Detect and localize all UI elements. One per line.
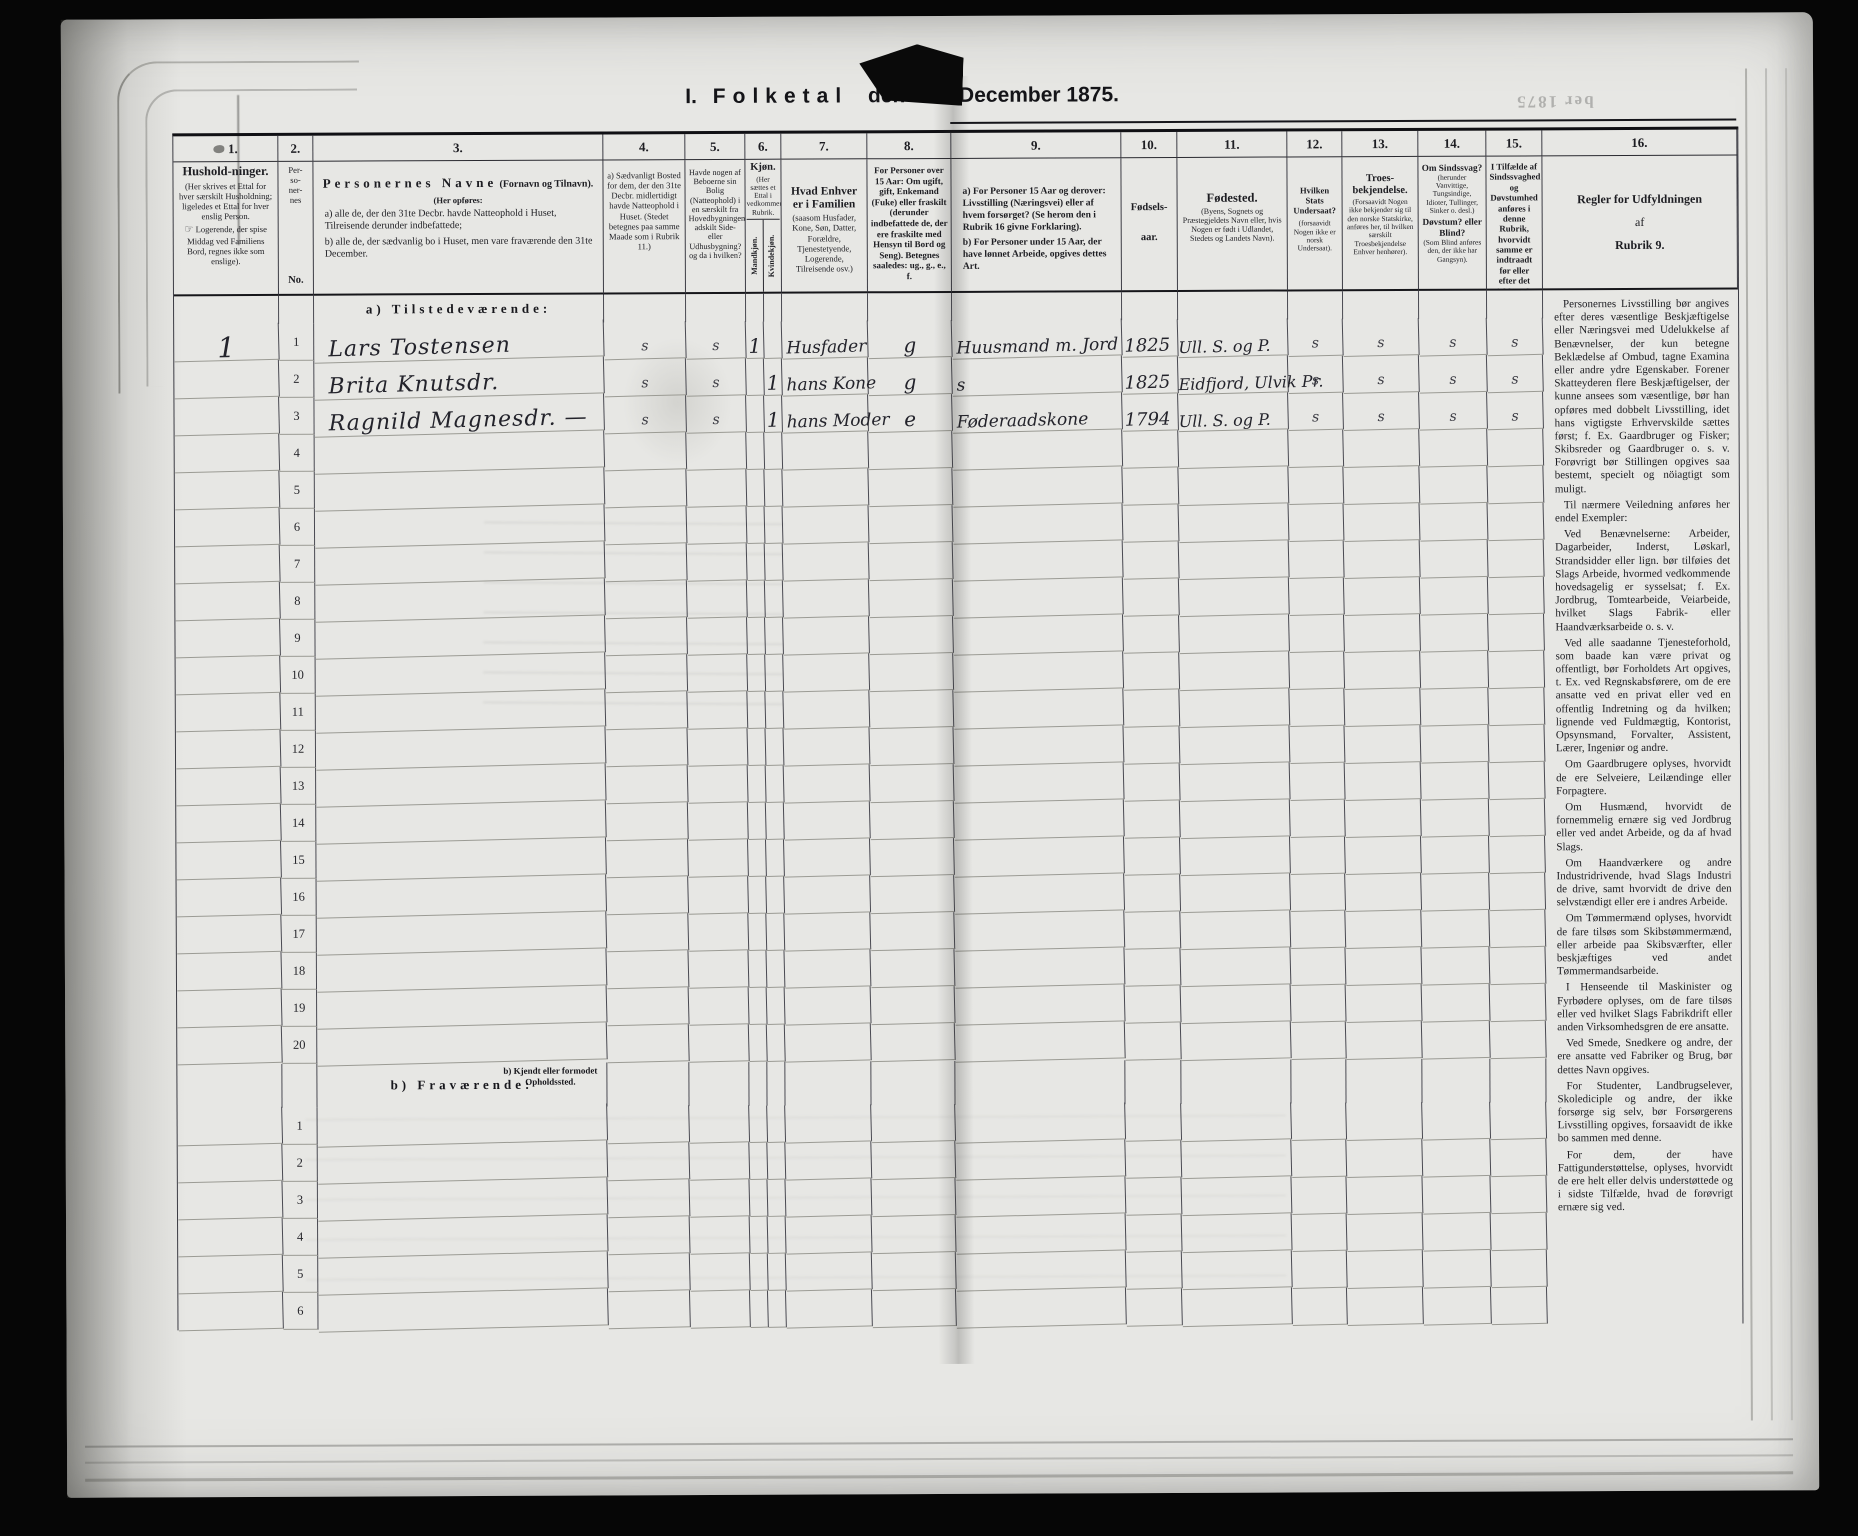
cell-b2-household [177,1144,283,1184]
cell-a19-col4 [607,987,690,1026]
cell-b6-col4 [608,1290,691,1329]
cell-b1-col15 [1490,1102,1547,1140]
cell-b2-col4 [607,1142,690,1181]
section-b-cell-birth_year [1125,1060,1181,1104]
cell-a10-col5 [687,654,748,693]
cell-a8-occupation [953,577,1124,618]
cell-a13-col15 [1489,762,1546,800]
section-a-heading: a) Tilstedeværende: [366,301,551,318]
cell-a13-no: 13 [281,768,316,805]
section-b-note: b) Kjendt eller formodet Opholdssted. [500,1065,600,1087]
col-10-number: 10. [1121,132,1177,158]
pointing-hand-icon: ☞ [184,225,193,236]
section-a-cell-family [782,293,868,321]
cell-a4-female [764,433,783,470]
cell-a15-occupation [954,836,1125,877]
cell-a8-col12 [1289,578,1345,616]
cell-a3-col13: s [1343,392,1420,431]
cell-b6-family [786,1289,873,1328]
col-number-label: 1. [228,141,238,157]
cell-a5-household [174,471,280,511]
cell-a5-birthplace [1178,466,1289,506]
col-6-title: Kjøn. [746,162,779,174]
col-5-number: 5. [685,134,745,160]
cell-b5-col14 [1423,1250,1492,1289]
col-12-note: (forsaavidt Nogen ikke er norsk Undersaa… [1291,220,1339,253]
cell-a15-col13 [1345,836,1422,875]
cell-a20-no: 20 [282,1027,317,1064]
cell-a15-no: 15 [281,842,316,879]
cell-a16-col15 [1489,873,1546,911]
cell-a11-household [175,693,281,733]
cell-a17-family [784,912,871,951]
cell-a12-male [747,729,766,766]
cell-a17-col13 [1345,910,1422,949]
cell-a4-col4 [604,432,687,471]
col-14-header: Om Sindssvag? (herunder Vanvittige, Tung… [1418,157,1487,291]
cell-b3-col5 [689,1179,750,1218]
cell-a10-col4 [605,654,688,693]
cell-a2-col15: s [1487,355,1544,393]
cell-a5-occupation [952,466,1123,507]
cell-b3-col12 [1291,1177,1347,1215]
cell-a2-col12: s [1288,356,1344,394]
cell-b2-col5 [689,1142,750,1181]
cell-a12-col5 [688,728,749,767]
cell-b4-occupation [956,1213,1127,1254]
cell-a1-family: Husfader [782,320,869,359]
cell-a2-male [746,359,765,396]
cell-a5-col4 [604,469,687,508]
cell-a7-col13 [1344,540,1421,579]
cell-a20-col4 [607,1024,690,1063]
cell-a1-col12: s [1288,319,1344,357]
cell-a15-birthplace [1180,836,1291,876]
cell-b2-col12 [1291,1140,1347,1178]
cell-b1-birthplace [1181,1102,1292,1142]
cell-b5-household [178,1255,284,1295]
cell-a16-col5 [688,876,749,915]
cell-b4-col5 [690,1216,751,1255]
col-13-number: 13. [1342,131,1418,157]
col-11-note: (Byens, Sognets og Præstegjeldets Navn e… [1181,207,1284,243]
cell-a6-occupation [953,503,1124,544]
col-1-note: (Her skrives et Ettal for hver særskilt … [176,181,274,222]
cell-a9-female [765,617,784,654]
cell-b4-birth_year [1126,1214,1183,1252]
cell-a14-household [176,804,282,844]
cell-b6-birth_year [1126,1288,1183,1326]
cell-a5-family [782,468,869,507]
cell-a2-household [174,360,280,400]
col-16-line2: af [1635,215,1644,229]
cell-a8-col14 [1420,577,1489,616]
cell-a14-male [748,803,767,840]
col-16-line1: Regler for Udfyldningen [1577,191,1702,206]
cell-a11-col12 [1289,689,1345,727]
cell-b6-female [768,1290,787,1327]
cell-a19-col14 [1422,984,1491,1023]
section-a-cell-household [174,296,279,324]
cell-a16-male [748,877,767,914]
cell-a14-col4 [606,802,689,841]
cell-a18-col13 [1345,947,1422,986]
cell-a19-col15 [1490,984,1547,1022]
cell-a12-col15 [1488,725,1545,763]
cell-a9-no: 9 [280,620,315,657]
cell-b4-birthplace [1182,1213,1293,1253]
cell-a16-birth_year [1124,874,1181,912]
cell-a13-col12 [1290,763,1346,801]
cell-a10-col15 [1488,651,1545,689]
female-column-label: Kvindekjøn. [767,234,777,277]
cell-b4-col4 [608,1216,691,1255]
cell-a9-family [783,616,870,655]
col-10-header: Fødsels- aar. [1121,158,1178,292]
cell-a12-col14 [1421,725,1490,764]
cell-a2-no: 2 [279,361,314,398]
cell-a11-col13 [1344,688,1421,727]
cell-a20-birth_year [1125,1022,1182,1060]
cell-b1-birth_year [1125,1103,1182,1141]
cell-a5-no: 5 [280,472,315,509]
cell-a6-col4 [605,506,688,545]
cell-b2-birthplace [1181,1139,1292,1179]
instructions-paragraph: Ved Benævnelserne: Arbeider, Dagarbeider… [1555,528,1730,634]
cell-a14-col15 [1489,799,1546,837]
cell-a8-male [747,581,766,618]
cell-a2-col4: s [604,358,687,397]
cell-a11-no: 11 [281,694,316,731]
col-3-number: 3. [313,134,603,161]
cell-a10-col12 [1289,652,1345,690]
col-13-header: Troes-bekjendelse. (Forsaavidt Nogen ikk… [1342,157,1419,291]
cell-a15-female [766,839,785,876]
section-a-cell-col4 [604,294,686,322]
cell-a8-household [175,582,281,622]
cell-a9-occupation [953,614,1124,655]
page-stack-edge-bottom [85,1454,1793,1463]
col-3-sub: (Her opføres: [317,194,600,205]
cell-a4-family [782,431,869,470]
col-3-title-note: (Fornavn og Tilnavn). [499,179,593,190]
cell-a7-birth_year [1123,541,1180,579]
cell-b1-male [749,1106,768,1143]
col-13-title: Troes-bekjendelse. [1345,173,1414,196]
cell-a6-col12 [1289,504,1345,542]
cell-a17-birthplace [1180,910,1291,950]
cell-a16-household [176,878,282,918]
cell-a6-col5 [687,506,748,545]
cell-a13-occupation [954,762,1125,803]
cell-b2-family [785,1141,872,1180]
cell-a7-family [783,542,870,581]
col-1-header: Hushold-ninger. (Her skrives et Ettal fo… [173,162,279,296]
cell-b2-col15 [1490,1139,1547,1177]
cell-a3-birthplace: Ull. S. og P. [1178,392,1289,432]
cell-a14-col14 [1421,799,1490,838]
cell-a11-birth_year [1123,689,1180,727]
col-1-note2: Logerende, der spise Middag ved Familien… [187,224,267,266]
cell-a1-occupation: Huusmand m. Jord [952,318,1123,359]
cell-a1-birth_year: 1825 [1122,319,1179,357]
section-b-cell-no [282,1064,317,1108]
cell-a19-birthplace [1181,984,1292,1024]
cell-b2-female [767,1142,786,1179]
page-stack-edge [1785,68,1793,1420]
instructions-paragraph: Om Gaardbrugere oplyses, hvorvidt de ere… [1556,758,1731,798]
section-b-cell-col14 [1422,1059,1490,1103]
col-6-number: 6. [745,134,781,160]
cell-a16-birthplace [1180,873,1291,913]
page-stack-edge-bottom [85,1471,1793,1481]
cell-b6-col5 [690,1290,751,1329]
cell-a14-no: 14 [281,805,316,842]
cell-a5-col14 [1419,466,1488,505]
cell-a11-birthplace [1179,688,1290,728]
header-double-rule [950,119,1736,124]
cell-a5-female [764,470,783,507]
col-9-header: a) For Personer 15 Aar og derover: Livss… [951,158,1122,293]
cell-a16-family [784,875,871,914]
cell-a7-birthplace [1179,540,1290,580]
cell-a1-col5: s [686,321,747,360]
cell-a12-no: 12 [281,731,316,768]
cell-a14-birth_year [1124,800,1181,838]
cell-a3-col15: s [1487,392,1544,430]
cell-a10-female [765,654,784,691]
cell-b3-male [749,1180,768,1217]
cell-a16-col13 [1345,873,1422,912]
cell-b3-family [785,1178,872,1217]
cell-a13-birthplace [1180,762,1291,802]
cell-b3-col4 [607,1179,690,1218]
cell-a2-col14: s [1419,355,1488,394]
section-b-cell-col4 [607,1062,689,1106]
instructions-paragraph: Om Tømmermænd oplyses, hvorvidt de fare … [1557,912,1732,979]
cell-a15-col4 [606,839,689,878]
cell-a4-col12 [1288,430,1344,468]
cell-a11-col5 [687,691,748,730]
cell-a3-female: 1 [764,396,783,433]
cell-a3-col5: s [686,395,747,434]
cell-b1-family [785,1104,872,1143]
section-b-cell-col13 [1346,1059,1422,1103]
col-3-item-b: b) alle de, der sædvanlig bo i Huset, me… [325,235,594,261]
cell-a1-col15: s [1487,318,1544,356]
cell-a19-male [749,988,768,1025]
instructions-paragraph: I Henseende til Maskinister og Fyrbødere… [1557,981,1732,1035]
cell-b4-family [786,1215,873,1254]
col-7-number: 7. [781,133,867,159]
cell-a10-family [783,653,870,692]
cell-a18-family [784,949,871,988]
cell-a12-family [784,727,871,766]
col-2-header: Per- so- ner- nes No. [278,162,314,296]
cell-a4-col15 [1487,429,1544,467]
cell-a18-birth_year [1124,948,1181,986]
cell-b5-occupation [956,1250,1127,1291]
cell-a3-col14: s [1419,392,1488,431]
instructions-paragraph: Ved Smede, Snedkere og andre, der ere an… [1557,1037,1732,1077]
cell-a2-birth_year: 1825 [1122,356,1179,394]
cell-b5-col13 [1347,1250,1424,1289]
cell-a11-col14 [1420,688,1489,727]
cell-a19-female [767,987,786,1024]
cell-a18-male [748,951,767,988]
cell-a13-col14 [1421,762,1490,801]
section-a-cell-col13 [1343,291,1419,319]
cell-a6-birth_year [1123,504,1180,542]
col-11-header: Fødested. (Byens, Sognets og Præstegjeld… [1177,157,1288,291]
cell-a20-col15 [1490,1021,1547,1059]
page-fold-shadow [933,76,975,1364]
cell-a7-household [175,545,281,585]
cell-a4-occupation [952,429,1123,470]
cell-a18-occupation [954,947,1125,988]
cell-b3-female [767,1179,786,1216]
cell-a1-col4: s [604,321,687,360]
cell-a8-no: 8 [280,583,315,620]
cell-a9-household [175,619,281,659]
cell-a18-col4 [606,950,689,989]
section-a-cell-birth_year [1122,292,1178,320]
col-10-line1: Fødsels- [1131,202,1168,214]
cell-a9-birth_year [1123,615,1180,653]
instructions-paragraph: Til nærmere Veiledning anføres her endel… [1555,498,1730,525]
cell-a18-no: 18 [282,953,317,990]
cell-a3-occupation: Føderaadskone [952,392,1123,433]
cell-a6-no: 6 [280,509,315,546]
cell-a9-col12 [1289,615,1345,653]
section-a-cell-col15 [1487,290,1543,318]
title-numeral: I. [685,85,697,108]
cell-b6-no: 6 [283,1293,318,1330]
col-3-header: Personernes Navne (Fornavn og Tilnavn). … [313,160,604,295]
cell-b5-col4 [608,1253,691,1292]
cell-a7-female [765,543,784,580]
cell-a13-birth_year [1124,763,1181,801]
section-b-cell-household [177,1064,282,1108]
cell-a17-female [766,913,785,950]
col-3-title: Personernes Navne [323,175,498,191]
cell-a11-female [765,691,784,728]
cell-a3-col12: s [1288,393,1344,431]
instructions-paragraph: Om Haandværkere og andre Industridrivend… [1556,856,1731,910]
col-15-text: I Tilfælde af Sindssvaghed og Døvstumhed… [1489,161,1539,290]
cell-a5-male [746,470,765,507]
cell-a9-col14 [1420,614,1489,653]
col-16-number: 16. [1542,130,1737,157]
col-2-vertical-label: Per- so- ner- nes [288,165,302,206]
cell-a15-col14 [1421,836,1490,875]
cell-b1-col12 [1291,1103,1347,1141]
cell-a13-col13 [1345,762,1422,801]
cell-b6-occupation [956,1287,1127,1328]
cell-b1-no: 1 [283,1108,318,1145]
cell-a15-male [748,840,767,877]
cell-a20-birthplace [1181,1021,1292,1061]
cell-a5-birth_year [1122,467,1179,505]
cell-a9-birthplace [1179,614,1290,654]
instructions-paragraph: For dem, der have Fattigunderstøttelse, … [1558,1148,1733,1215]
cell-a12-birth_year [1124,726,1181,764]
cell-a20-col12 [1291,1022,1347,1060]
cell-b4-household [178,1218,284,1258]
cell-b4-female [768,1216,787,1253]
cell-b5-col5 [690,1253,751,1292]
cell-a9-col5 [687,617,748,656]
cell-b6-household [178,1292,284,1332]
cell-a3-family: hans Moder [782,394,869,433]
cell-a8-col5 [687,580,748,619]
cell-a16-col4 [606,876,689,915]
cell-a9-col4 [605,617,688,656]
col-11-number: 11. [1177,131,1287,157]
cell-b3-birth_year [1125,1177,1182,1215]
cell-a18-col12 [1290,948,1346,986]
cell-a20-male [749,1025,768,1062]
cell-a3-male [746,396,765,433]
col-5-text: Havde nogen af Beboerne sin Bolig (Natte… [688,168,741,260]
cell-b1-female [767,1105,786,1142]
cell-a6-birthplace [1179,503,1290,543]
col-1-title: Hushold-ninger. [176,165,274,179]
col-15-number: 15. [1486,130,1542,156]
cell-a19-birth_year [1125,985,1182,1023]
col-14-note2: (Som Blind anføres den, der ikke har Gan… [1422,239,1483,264]
cell-a18-col14 [1421,947,1490,986]
col-10-line2: aar. [1141,232,1158,244]
cell-a17-no: 17 [282,916,317,953]
cell-b1-household [177,1107,283,1147]
col-14-note: (herunder Vanvittige, Tungsindige, Idiot… [1421,173,1482,215]
cell-a4-household [174,434,280,474]
cell-a5-col12 [1288,467,1344,505]
page-stack-edge [1745,68,1753,1420]
cell-a6-col14 [1420,503,1489,542]
col-9-item-a: a) For Personer 15 Aar og derover: Livss… [963,185,1112,234]
cell-a18-household [176,952,282,992]
cell-a8-col4 [605,580,688,619]
cell-a17-occupation [954,910,1125,951]
cell-a17-col5 [688,913,749,952]
col-14-number: 14. [1418,131,1486,157]
cell-a15-col15 [1489,836,1546,874]
cell-a19-col12 [1291,985,1347,1023]
cell-a18-col5 [688,950,749,989]
cell-a4-birth_year [1122,430,1179,468]
cell-a1-birthplace: Ull. S. og P. [1178,318,1289,358]
cell-a8-birthplace [1179,577,1290,617]
title-main: Folketal [713,84,848,108]
cell-a16-female [766,876,785,913]
cell-a13-col5 [688,765,749,804]
cell-b6-birthplace [1182,1287,1293,1327]
cell-a12-household [176,730,282,770]
cell-b2-col14 [1422,1139,1491,1178]
cell-a4-male [746,433,765,470]
cell-b1-col5 [689,1105,750,1144]
cell-a4-no: 4 [280,435,315,472]
cell-b1-col13 [1346,1102,1423,1141]
cell-a1-col14: s [1419,318,1488,357]
cell-a4-col13 [1343,429,1420,468]
cell-a10-col13 [1344,651,1421,690]
cell-a12-occupation [954,725,1125,766]
col-6-header: Kjøn. (Her sættes et Ettal i vedkommende… [745,160,782,294]
cell-a7-col15 [1488,540,1545,578]
